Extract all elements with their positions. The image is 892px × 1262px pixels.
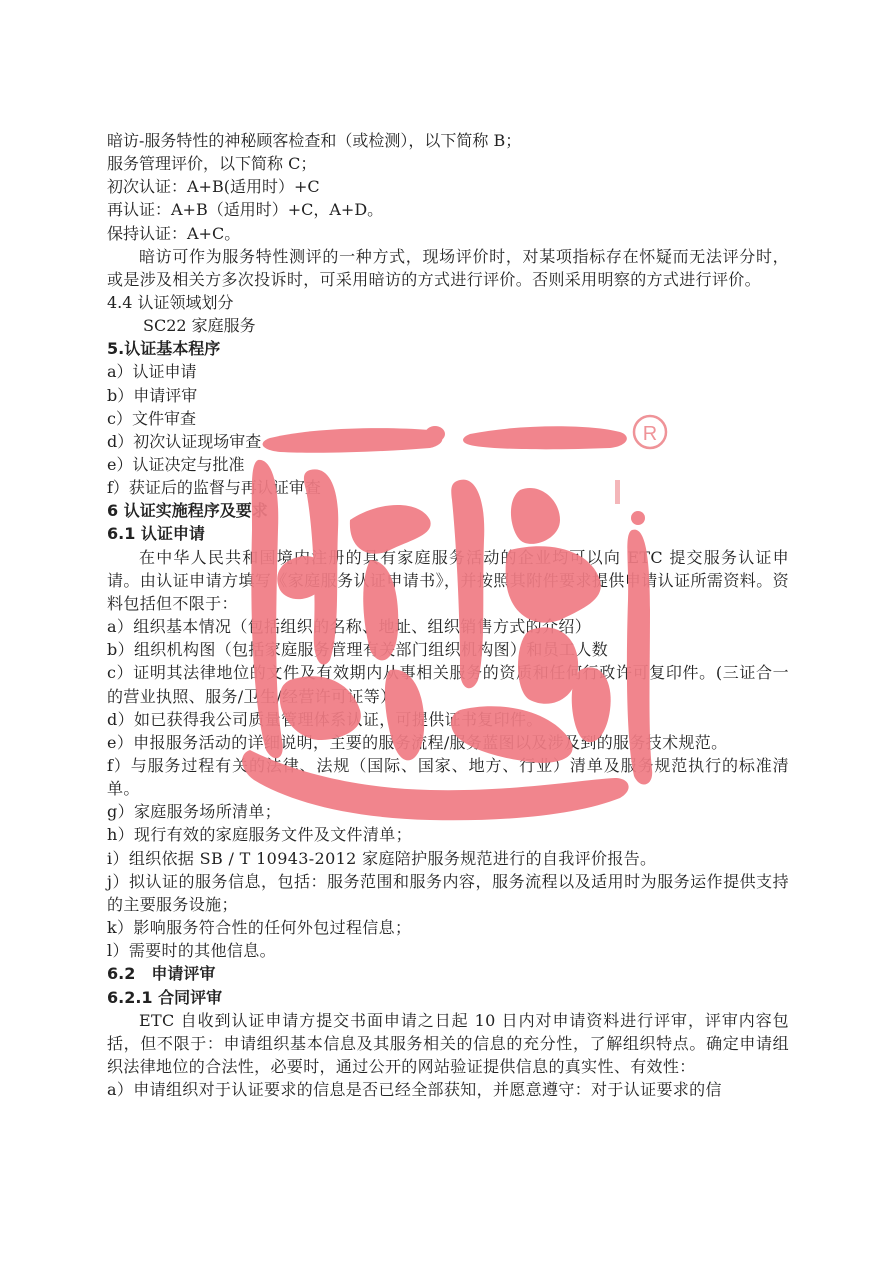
paragraph-anonymous-visit: 暗访可作为服务特性测评的一种方式，现场评价时，对某项指标存在怀疑而无法评分时，或…: [107, 245, 789, 291]
list-item: b）组织机构图（包括家庭服务管理有关部门组织机构图）和员工人数: [107, 638, 789, 661]
section-heading-6-2: 6.2 申请评审: [107, 962, 789, 985]
list-item: d）初次认证现场审查: [107, 430, 789, 453]
text-line: 服务管理评价，以下简称 C；: [107, 152, 789, 175]
domain-item: SC22 家庭服务: [107, 314, 789, 337]
list-item: g）家庭服务场所清单；: [107, 800, 789, 823]
section-heading-6-2-1: 6.2.1 合同评审: [107, 986, 789, 1009]
section-heading-6-1: 6.1 认证申请: [107, 522, 789, 545]
text-line: 初次认证：A+B(适用时）+C: [107, 175, 789, 198]
section-heading-6: 6 认证实施程序及要求: [107, 499, 789, 522]
list-item: i）组织依据 SB / T 10943-2012 家庭陪护服务规范进行的自我评价…: [107, 847, 789, 870]
text-line: 再认证：A+B（适用时）+C，A+D。: [107, 198, 789, 221]
list-item: d）如已获得我公司质量管理体系认证，可提供证书复印件。: [107, 708, 789, 731]
document-page: 暗访-服务特性的神秘顾客检查和（或检测），以下简称 B； 服务管理评价，以下简称…: [0, 0, 892, 1262]
paragraph-contract-review: ETC 自收到认证申请方提交书面申请之日起 10 日内对申请资料进行评审，评审内…: [107, 1009, 789, 1078]
list-item: h）现行有效的家庭服务文件及文件清单；: [107, 823, 789, 846]
list-item: a）认证申请: [107, 360, 789, 383]
text-line: 保持认证：A+C。: [107, 222, 789, 245]
list-item: k）影响服务符合性的任何外包过程信息；: [107, 916, 789, 939]
list-item: e）认证决定与批准: [107, 453, 789, 476]
list-item: a）组织基本情况（包括组织的名称、地址、组织销售方式的介绍）: [107, 615, 789, 638]
document-body: 暗访-服务特性的神秘顾客检查和（或检测），以下简称 B； 服务管理评价，以下简称…: [107, 129, 789, 1101]
section-heading-5: 5.认证基本程序: [107, 337, 789, 360]
list-item: e）申报服务活动的详细说明，主要的服务流程/服务蓝图以及涉及到的服务技术规范。: [107, 731, 789, 754]
list-item: f）与服务过程有关的法律、法规（国际、国家、地方、行业）清单及服务规范执行的标准…: [107, 754, 789, 800]
list-item: c）证明其法律地位的文件及有效期内从事相关服务的资质和任何行政许可复印件。(三证…: [107, 661, 789, 707]
section-heading-4-4: 4.4 认证领域划分: [107, 291, 789, 314]
list-item: l）需要时的其他信息。: [107, 939, 789, 962]
list-item: j）拟认证的服务信息，包括：服务范围和服务内容，服务流程以及适用时为服务运作提供…: [107, 870, 789, 916]
list-item: a）申请组织对于认证要求的信息是否已经全部获知，并愿意遵守：对于认证要求的信: [107, 1078, 789, 1101]
list-item: c）文件审查: [107, 407, 789, 430]
list-item: b）申请评审: [107, 384, 789, 407]
list-item: f）获证后的监督与再认证审查: [107, 476, 789, 499]
paragraph-application-intro: 在中华人民共和国境内注册的具有家庭服务活动的企业均可以向 ETC 提交服务认证申…: [107, 546, 789, 615]
text-line: 暗访-服务特性的神秘顾客检查和（或检测），以下简称 B；: [107, 129, 789, 152]
